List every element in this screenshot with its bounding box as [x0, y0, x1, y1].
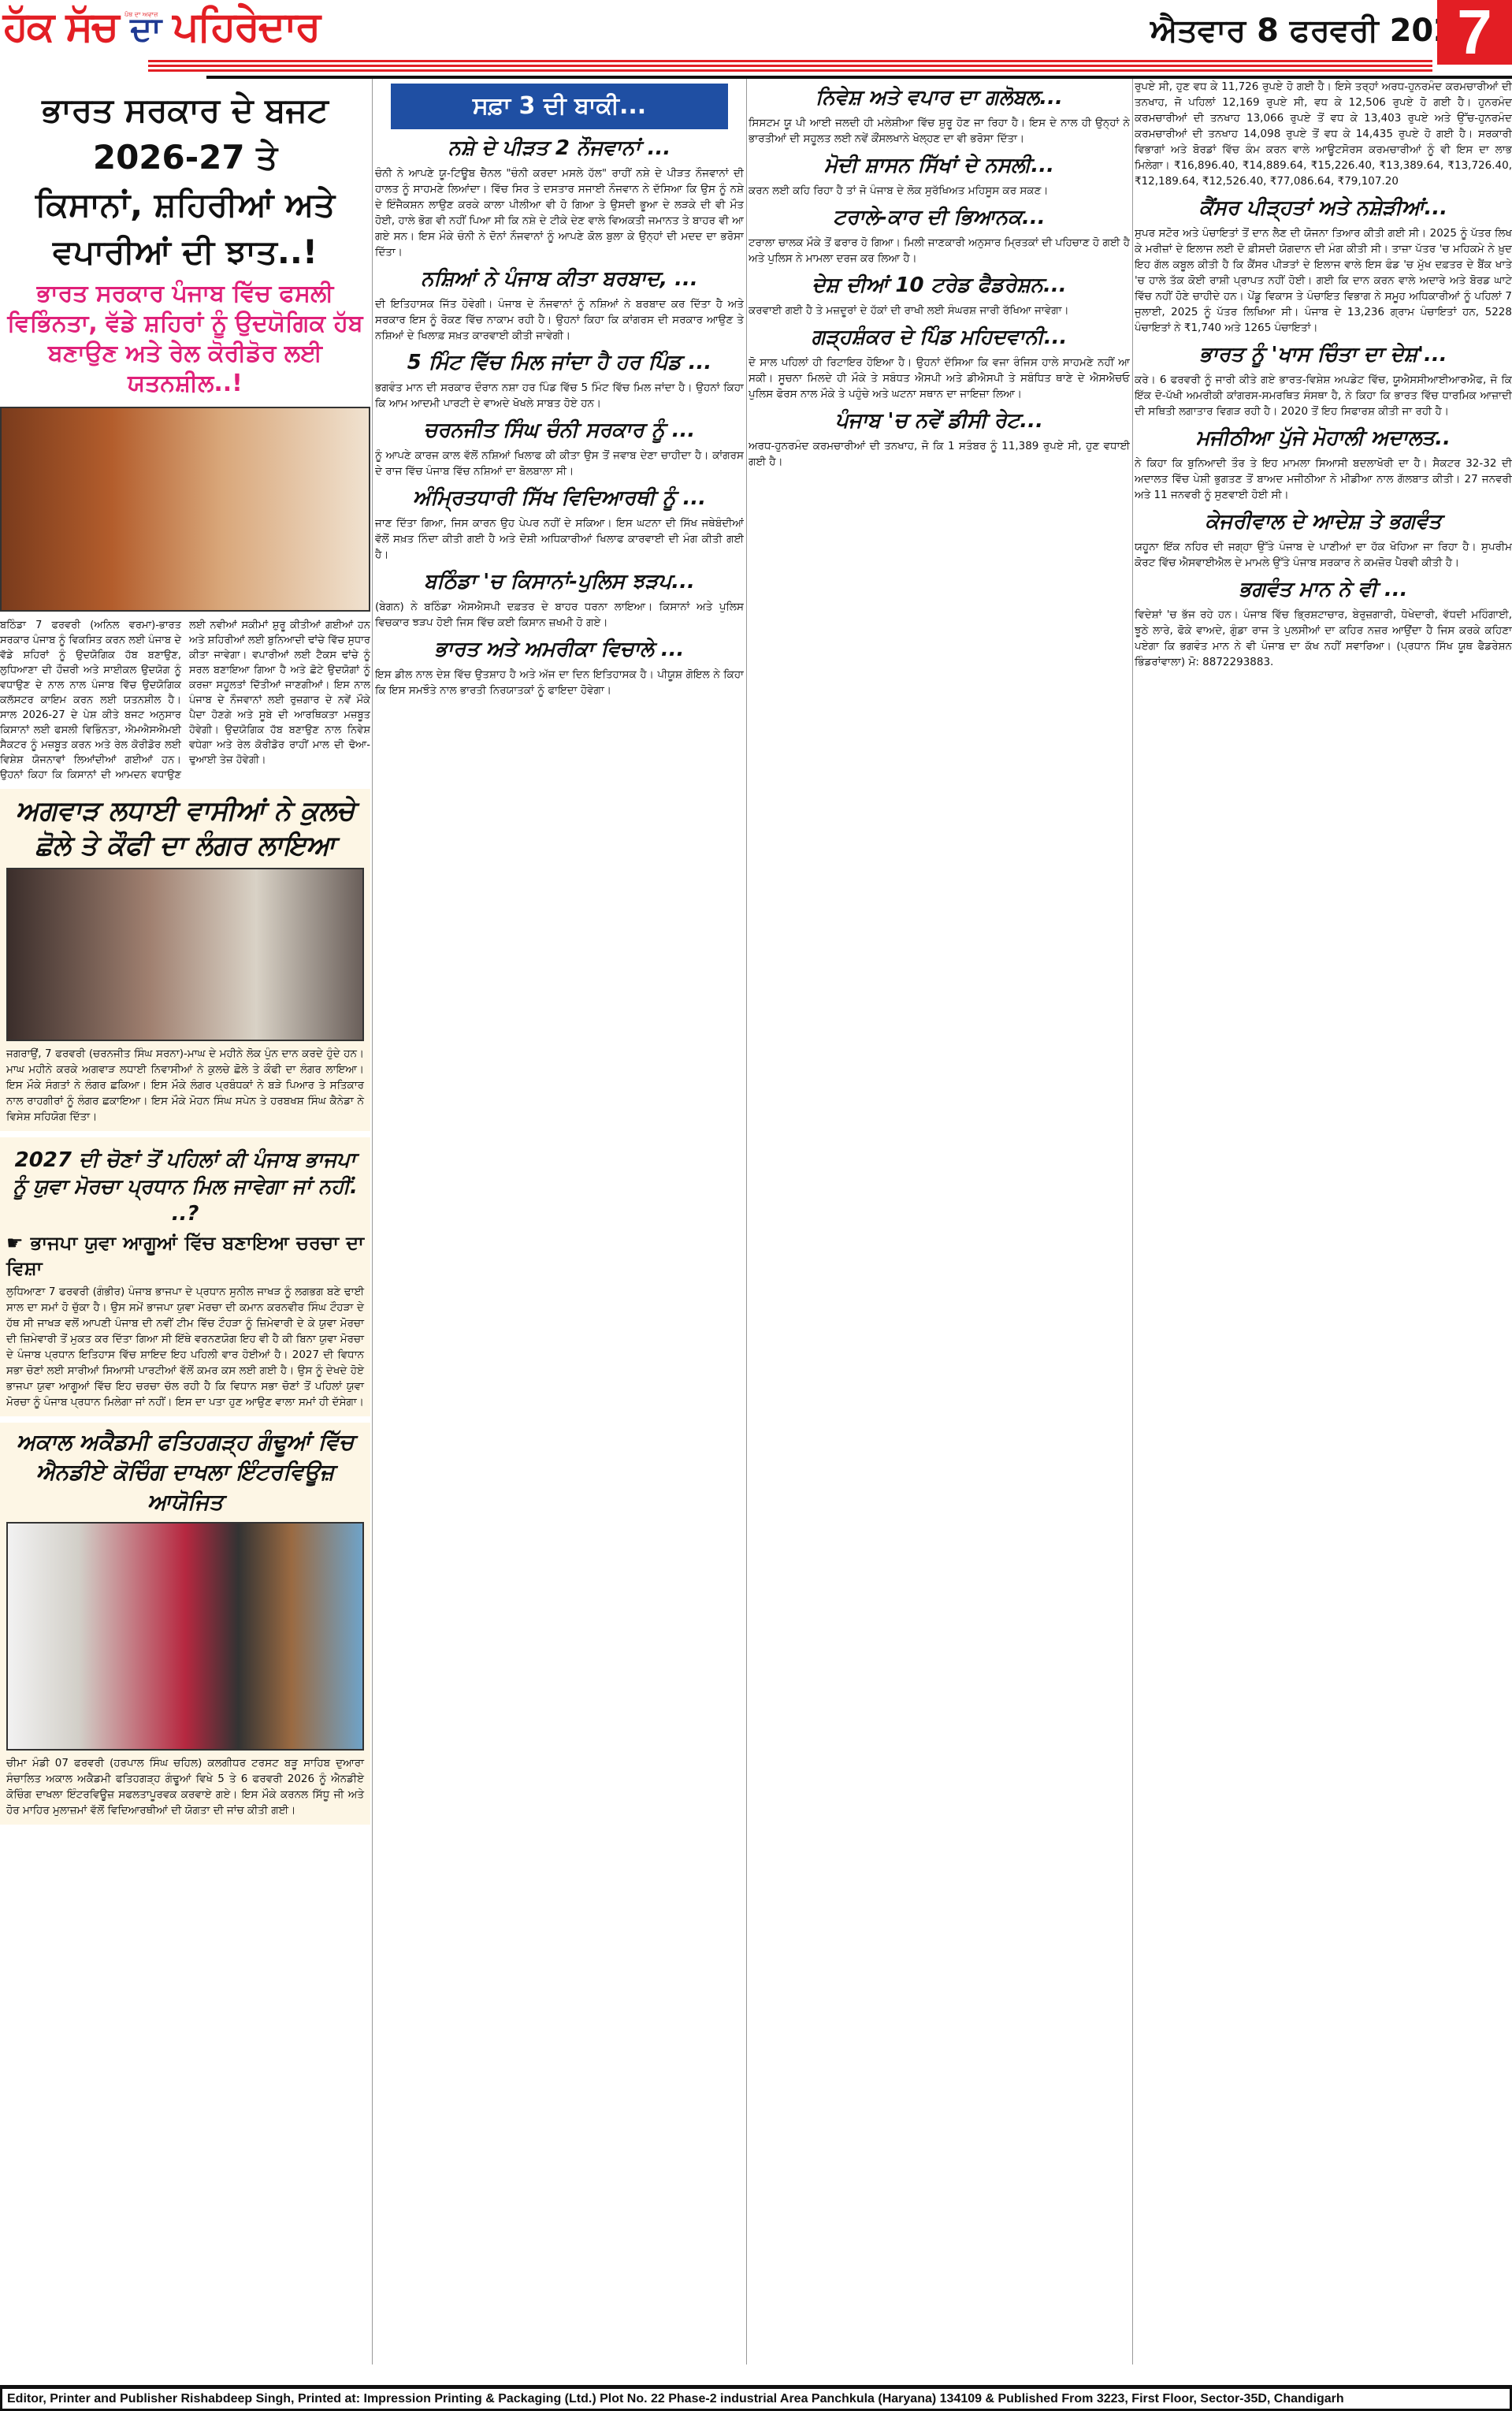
section-body: ਨੇ ਕਿਹਾ ਕਿ ਬੁਨਿਆਦੀ ਤੌਰ ਤੇ ਇਹ ਮਾਮਲਾ ਸਿਆਸੀ… — [1135, 456, 1512, 503]
section-heading: ਭਾਰਤ ਨੂੰ 'ਖਾਸ ਚਿੰਤਾ ਦਾ ਦੇਸ਼'... — [1135, 340, 1512, 369]
section-heading: ਨਿਵੇਸ਼ ਅਤੇ ਵਪਾਰ ਦਾ ਗਲੋਬਲ... — [749, 84, 1130, 112]
section-body: ਟਰਾਲਾ ਚਾਲਕ ਮੌਕੇ ਤੋਂ ਫਰਾਰ ਹੋ ਗਿਆ। ਮਿਲੀ ਜਾ… — [749, 235, 1130, 266]
lead-photo[interactable] — [0, 407, 370, 612]
section-body: ਚੰਨੀ ਨੇ ਆਪਣੇ ਯੂ-ਟਿਊਬ ਚੈਨਲ "ਚੰਨੀ ਕਰਦਾ ਮਸਲ… — [375, 166, 744, 260]
section-body: ਅਰਧ-ਹੁਨਰਮੰਦ ਕਰਮਚਾਰੀਆਂ ਦੀ ਤਨਖਾਹ, ਜੋ ਕਿ 1 … — [749, 438, 1130, 470]
column-4: ਰੁਪਏ ਸੀ, ਹੁਣ ਵਧ ਕੇ 11,726 ਰੁਪਏ ਹੋ ਗਈ ਹੈ।… — [1135, 79, 1512, 2364]
section-body: ਦੋ ਸਾਲ ਪਹਿਲਾਂ ਹੀ ਰਿਟਾਇਰ ਹੋਇਆ ਹੈ। ਉਹਨਾਂ ਦ… — [749, 355, 1130, 402]
section-heading: ਅੰਮ੍ਰਿਤਧਾਰੀ ਸਿੱਖ ਵਿਦਿਆਰਥੀ ਨੂੰ ... — [375, 484, 744, 512]
akal-body: ਚੀਮਾ ਮੰਡੀ 07 ਫਰਵਰੀ (ਹਰਪਾਲ ਸਿੰਘ ਚਹਿਲ) ਕਲਗ… — [6, 1755, 364, 1818]
section-heading: ਭਾਰਤ ਅਤੇ ਅਮਰੀਕਾ ਵਿਚਾਲੇ ... — [375, 635, 744, 664]
section-body: ਸੁਪਰ ਸਟੋਰ ਅਤੇ ਪੰਚਾਇਤਾਂ ਤੋਂ ਦਾਨ ਲੈਣ ਦੀ ਯੋ… — [1135, 225, 1512, 336]
section-heading: ਦੇਸ਼ ਦੀਆਂ 10 ਟਰੇਡ ਫੈਡਰੇਸ਼ਨ... — [749, 271, 1130, 300]
column4-intro: ਰੁਪਏ ਸੀ, ਹੁਣ ਵਧ ਕੇ 11,726 ਰੁਪਏ ਹੋ ਗਈ ਹੈ।… — [1135, 79, 1512, 189]
langar-body: ਜਗਰਾਉਂ, 7 ਫਰਵਰੀ (ਚਰਨਜੀਤ ਸਿੰਘ ਸਰਨਾ)-ਮਾਘ ਦ… — [6, 1046, 364, 1125]
section-heading: ਕੇਜਰੀਵਾਲ ਦੇ ਆਦੇਸ਼ ਤੇ ਭਗਵੰਤ — [1135, 508, 1512, 536]
section-body: (ਬੇਗਨ) ਨੇ ਬਠਿੰਡਾ ਐਸਐਸਪੀ ਦਫ਼ਤਰ ਦੇ ਬਾਹਰ ਧਰ… — [375, 599, 744, 631]
section-body: ਭਗਵੰਤ ਮਾਨ ਦੀ ਸਰਕਾਰ ਦੌਰਾਨ ਨਸ਼ਾ ਹਰ ਪਿੰਡ ਵਿ… — [375, 380, 744, 411]
section-body: ਨੂੰ ਆਪਣੇ ਕਾਰਜ ਕਾਲ ਵੱਲੋਂ ਨਸ਼ਿਆਂ ਖਿਲਾਫ ਕੀ … — [375, 448, 744, 479]
section-body: ਦੀ ਇਤਿਹਾਸਕ ਜਿੱਤ ਹੋਵੇਗੀ। ਪੰਜਾਬ ਦੇ ਨੌਜਵਾਨਾ… — [375, 296, 744, 344]
tagline: ਪੰਥ ਦਾ ਅਵਾਜ਼ — [124, 11, 158, 19]
pointing-hand-icon: ☛ — [6, 1232, 31, 1254]
imprint-footer: Editor, Printer and Publisher Rishabdeep… — [0, 2385, 1512, 2411]
akal-headline: ਅਕਾਲ ਅਕੈਡਮੀ ਫਤਿਹਗੜ੍ਹ ਗੰਢੂਆਂ ਵਿੱਚ ਐਨਡੀਏ ਕ… — [6, 1427, 364, 1517]
issue-date: ਐਤਵਾਰ 8 ਫਰਵਰੀ 2026 — [1150, 13, 1477, 49]
bjp-headline: 2027 ਦੀ ਚੋਣਾਂ ਤੋਂ ਪਹਿਲਾਂ ਕੀ ਪੰਜਾਬ ਭਾਜਪਾ … — [6, 1147, 364, 1227]
section-heading: ਮੋਦੀ ਸ਼ਾਸਨ ਸਿੱਖਾਂ ਦੇ ਨਸਲੀ... — [749, 151, 1130, 180]
logo-text-1: ਹੱਕ ਸੱਚ — [3, 3, 117, 50]
section-heading: ਚਰਨਜੀਤ ਸਿੰਘ ਚੰਨੀ ਸਰਕਾਰ ਨੂੰ ... — [375, 416, 744, 445]
column-1: ਭਾਰਤ ਸਰਕਾਰ ਦੇ ਬਜਟ 2026-27 ਤੇ ਕਿਸਾਨਾਂ, ਸ਼… — [0, 79, 370, 2364]
lead-headline-line2: ਕਿਸਾਨਾਂ, ਸ਼ਹਿਰੀਆਂ ਅਤੇ ਵਪਾਰੀਆਂ ਦੀ ਝਾਤ..! — [0, 181, 370, 276]
section-body: ਵਿਦੇਸ਼ਾਂ 'ਚ ਭੱਜ ਰਹੇ ਹਨ। ਪੰਜਾਬ ਵਿੱਚ ਭ੍ਰਿਸ… — [1135, 607, 1512, 670]
section-body: ਇਸ ਡੀਲ ਨਾਲ ਦੇਸ਼ ਵਿੱਚ ਉਤਸ਼ਾਹ ਹੈ ਅਤੇ ਅੱਜ ਦ… — [375, 667, 744, 698]
bjp-body: ਲੁਧਿਆਣਾ 7 ਫਰਵਰੀ (ਗੰਭੀਰ) ਪੰਜਾਬ ਭਾਜਪਾ ਦੇ ਪ… — [6, 1284, 364, 1410]
akal-photo[interactable] — [6, 1522, 364, 1751]
section-heading: ਪੰਜਾਬ 'ਚ ਨਵੇਂ ਡੀਸੀ ਰੇਟ... — [749, 407, 1130, 435]
bjp-bullet-text: ਭਾਜਪਾ ਯੁਵਾ ਆਗੂਆਂ ਵਿੱਚ ਬਣਾਇਆ ਚਰਚਾ ਦਾ ਵਿਸ਼… — [6, 1232, 364, 1279]
logo-text-3: ਪਹਿਰੇਦਾਰ — [173, 3, 319, 50]
lead-body: ਬਠਿੰਡਾ 7 ਫਰਵਰੀ (ਅਨਿਲ ਵਰਮਾ)-ਭਾਰਤ ਸਰਕਾਰ ਪੰ… — [0, 618, 370, 783]
section-heading: ਗੜ੍ਹਸ਼ੰਕਰ ਦੇ ਪਿੰਡ ਮਹਿਦਵਾਨੀ... — [749, 323, 1130, 352]
langar-headline: ਅਗਵਾੜ ਲਧਾਈ ਵਾਸੀਆਂ ਨੇ ਕੁਲਚੇ ਛੋਲੇ ਤੇ ਕੌਫੀ … — [6, 794, 364, 863]
section-heading: ਕੈਂਸਰ ਪੀੜ੍ਹਤਾਂ ਅਤੇ ਨਸ਼ੇੜੀਆਂ... — [1135, 194, 1512, 222]
section-body: ਕਰਵਾਈ ਗਈ ਹੈ ਤੇ ਮਜ਼ਦੂਰਾਂ ਦੇ ਹੱਕਾਂ ਦੀ ਰਾਖੀ… — [749, 303, 1130, 318]
section-heading: 5 ਮਿੰਟ ਵਿੱਚ ਮਿਲ ਜਾਂਦਾ ਹੈ ਹਰ ਪਿੰਡ ... — [375, 348, 744, 377]
section-body: ਕਰਨ ਲਈ ਕਹਿ ਰਿਹਾ ਹੈ ਤਾਂ ਜੋ ਪੰਜਾਬ ਦੇ ਲੋਕ ਸ… — [749, 183, 1130, 199]
langar-photo[interactable] — [6, 868, 364, 1041]
section-heading: ਟਰਾਲੇ-ਕਾਰ ਦੀ ਭਿਆਨਕ... — [749, 203, 1130, 232]
section-body: ਕਰੇ। 6 ਫਰਵਰੀ ਨੂੰ ਜਾਰੀ ਕੀਤੇ ਗਏ ਭਾਰਤ-ਵਿਸ਼ੇ… — [1135, 372, 1512, 419]
section-body: ਸਿਸਟਮ ਯੂ ਪੀ ਆਈ ਜਲਦੀ ਹੀ ਮਲੇਸ਼ੀਆ ਵਿੱਚ ਸ਼ੁਰ… — [749, 115, 1130, 147]
column-2: ਸਫ਼ਾ 3 ਦੀ ਬਾਕੀ... ਨਸ਼ੇ ਦੇ ਪੀੜਤ 2 ਨੌਜਵਾਨਾ… — [375, 79, 744, 2364]
section-body: ਜਾਣ ਦਿੱਤਾ ਗਿਆ, ਜਿਸ ਕਾਰਨ ਉਹ ਪੇਪਰ ਨਹੀਂ ਦੇ … — [375, 515, 744, 563]
lead-headline: ਭਾਰਤ ਸਰਕਾਰ ਦੇ ਬਜਟ 2026-27 ਤੇ ਕਿਸਾਨਾਂ, ਸ਼… — [0, 87, 370, 276]
section-heading: ਭਗਵੰਤ ਮਾਨ ਨੇ ਵੀ ... — [1135, 575, 1512, 604]
section-heading: ਨਸ਼ੇ ਦੇ ਪੀੜਤ 2 ਨੌਜਵਾਨਾਂ ... — [375, 134, 744, 162]
column-divider — [1132, 79, 1133, 2364]
section-body: ਯਹੂਨਾ ਇੱਕ ਨਹਿਰ ਦੀ ਜਗ੍ਹਾ ਉੱਤੇ ਪੰਜਾਬ ਦੇ ਪਾ… — [1135, 539, 1512, 571]
column-divider — [372, 79, 373, 2364]
story-bjp: 2027 ਦੀ ਚੋਣਾਂ ਤੋਂ ਪਹਿਲਾਂ ਕੀ ਪੰਜਾਬ ਭਾਜਪਾ … — [0, 1137, 370, 1416]
masthead-rules — [148, 60, 1432, 74]
column-3: ਨਿਵੇਸ਼ ਅਤੇ ਵਪਾਰ ਦਾ ਗਲੋਬਲ... ਸਿਸਟਮ ਯੂ ਪੀ … — [749, 79, 1130, 2364]
bjp-bullet: ☛ ਭਾਜਪਾ ਯੁਵਾ ਆਗੂਆਂ ਵਿੱਚ ਬਣਾਇਆ ਚਰਚਾ ਦਾ ਵਿ… — [6, 1230, 364, 1281]
story-langar: ਅਗਵਾੜ ਲਧਾਈ ਵਾਸੀਆਂ ਨੇ ਕੁਲਚੇ ਛੋਲੇ ਤੇ ਕੌਫੀ … — [0, 789, 370, 1131]
newspaper-logo[interactable]: ਹੱਕ ਸੱਚ ਦਾ ਪਹਿਰੇਦਾਰ — [3, 3, 319, 51]
lead-headline-line1: ਭਾਰਤ ਸਰਕਾਰ ਦੇ ਬਜਟ 2026-27 ਤੇ — [0, 87, 370, 181]
column-divider — [746, 79, 747, 2364]
section-heading: ਮਜੀਠੀਆ ਪੁੱਜੇ ਮੋਹਾਲੀ ਅਦਾਲਤ.. — [1135, 424, 1512, 452]
masthead: ਹੱਕ ਸੱਚ ਦਾ ਪਹਿਰੇਦਾਰ ਪੰਥ ਦਾ ਅਵਾਜ਼ ਐਤਵਾਰ 8… — [0, 0, 1512, 79]
lead-subheadline: ਭਾਰਤ ਸਰਕਾਰ ਪੰਜਾਬ ਵਿੱਚ ਫਸਲੀ ਵਿਭਿੰਨਤਾ, ਵੱਡ… — [0, 279, 370, 399]
page-number: 7 — [1437, 0, 1512, 65]
section-heading: ਨਸ਼ਿਆਂ ਨੇ ਪੰਜਾਬ ਕੀਤਾ ਬਰਬਾਦ, ... — [375, 265, 744, 293]
continuation-banner: ਸਫ਼ਾ 3 ਦੀ ਬਾਕੀ... — [391, 84, 728, 129]
section-heading: ਬਠਿੰਡਾ 'ਚ ਕਿਸਾਨਾਂ-ਪੁਲਿਸ ਝੜਪ... — [375, 567, 744, 596]
story-akal: ਅਕਾਲ ਅਕੈਡਮੀ ਫਤਿਹਗੜ੍ਹ ਗੰਢੂਆਂ ਵਿੱਚ ਐਨਡੀਏ ਕ… — [0, 1423, 370, 1825]
